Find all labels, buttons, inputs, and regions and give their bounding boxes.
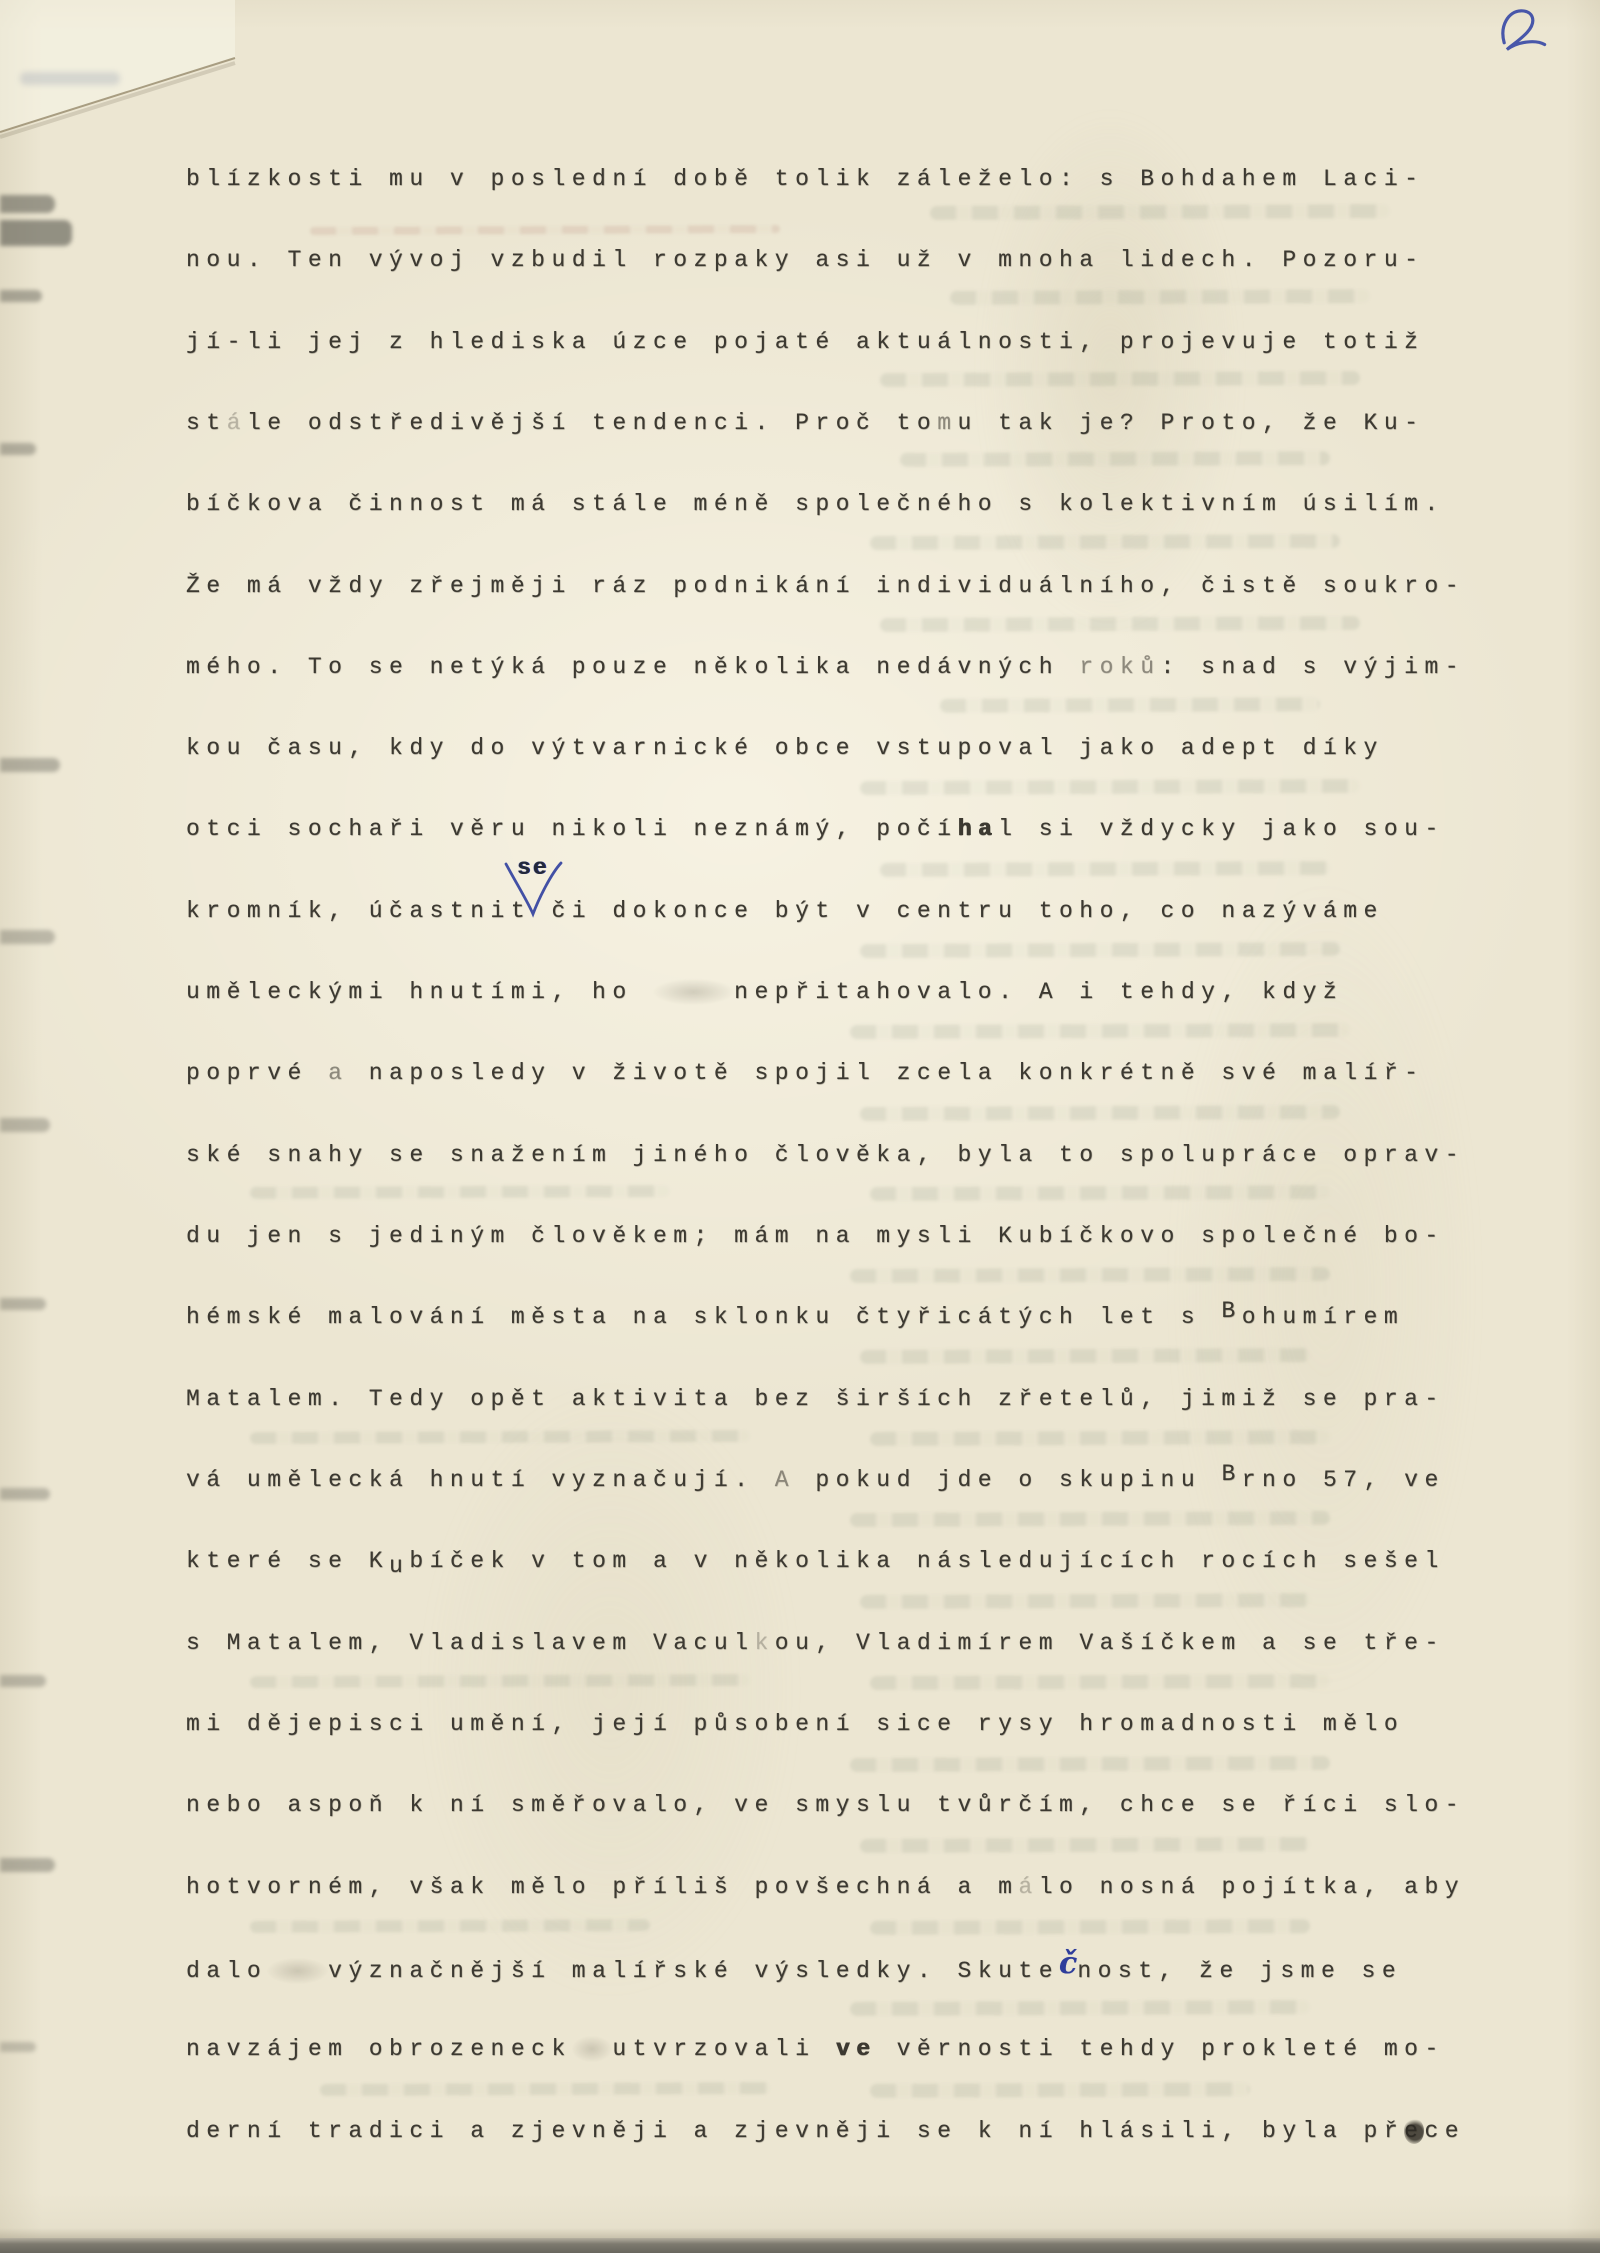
typed-line: mi dějepisci umění, její působení sice r… bbox=[186, 1710, 1404, 1738]
typed-line: Že má vždy zřejměji ráz podnikání indivi… bbox=[186, 572, 1465, 600]
typed-line: du jen s jediným člověkem; mám na mysli … bbox=[186, 1222, 1445, 1250]
typed-line: uměleckými hnutími, ho nepřitahovalo. A … bbox=[186, 978, 1343, 1006]
typed-line: dalo význačnější malířské výsledky. Skut… bbox=[186, 1954, 1402, 1982]
erased-word-smudge bbox=[653, 979, 734, 1005]
scan-edge-shadow bbox=[0, 2228, 1600, 2238]
typescript-page-scan: { "page": { "number": "2" }, "annotation… bbox=[0, 0, 1600, 2253]
typed-line: Matalem. Tedy opět aktivita bez širších … bbox=[186, 1385, 1445, 1413]
typed-line: jí-li jej z hlediska úzce pojaté aktuáln… bbox=[186, 328, 1424, 356]
typed-line: kromník, účastnit či dokonce být v centr… bbox=[186, 897, 1384, 925]
erased-word-smudge bbox=[572, 2036, 613, 2062]
typed-line: nou. Ten vývoj vzbudil rozpaky asi už v … bbox=[186, 246, 1424, 274]
scan-bottom-edge bbox=[0, 2238, 1600, 2253]
insertion-caret-mark bbox=[499, 861, 571, 919]
typed-line: otci sochaři věru nikoli neznámý, počíha… bbox=[186, 815, 1445, 843]
typed-line: ské snahy se snažením jiného člověka, by… bbox=[186, 1141, 1465, 1169]
typed-line: navzájem obrozeneck utvrzovali ve věrnos… bbox=[186, 2035, 1445, 2063]
typed-line: s Matalem, Vladislavem Vaculkou, Vladimí… bbox=[186, 1629, 1445, 1657]
typed-line: derní tradici a zjevněji a zjevněji se k… bbox=[186, 2117, 1465, 2145]
typed-line: hémské malování města na sklonku čtyřicá… bbox=[186, 1303, 1404, 1331]
typed-line: nebo aspoň k ní směřovalo, ve smyslu tvů… bbox=[186, 1791, 1465, 1819]
typed-line: bíčkova činnost má stále méně společného… bbox=[186, 490, 1445, 518]
typed-line: stále odstředivější tendenci. Proč tomu … bbox=[186, 409, 1424, 437]
typed-line: vá umělecká hnutí vyznačují. A pokud jde… bbox=[186, 1466, 1445, 1494]
typed-line: kou času, kdy do výtvarnické obce vstupo… bbox=[186, 734, 1384, 762]
handwritten-page-number bbox=[1492, 0, 1567, 62]
typed-line: hotvorném, však mělo příliš povšechná a … bbox=[186, 1873, 1465, 1901]
typed-line: poprvé a naposledy v životě spojil zcela… bbox=[186, 1059, 1424, 1087]
erased-word-smudge bbox=[267, 1958, 328, 1984]
typed-line: mého. To se netýká pouze několika nedávn… bbox=[186, 653, 1465, 681]
typed-line: blízkosti mu v poslední době tolik zálež… bbox=[186, 165, 1424, 193]
handwritten-letter-correction: č bbox=[1059, 1946, 1077, 1981]
typed-line: které se Kubíček v tom a v několika násl… bbox=[186, 1547, 1445, 1575]
ink-blot: e bbox=[1404, 2118, 1424, 2144]
typed-text-block: blízkosti mu v poslední době tolik zálež… bbox=[0, 0, 1600, 2253]
